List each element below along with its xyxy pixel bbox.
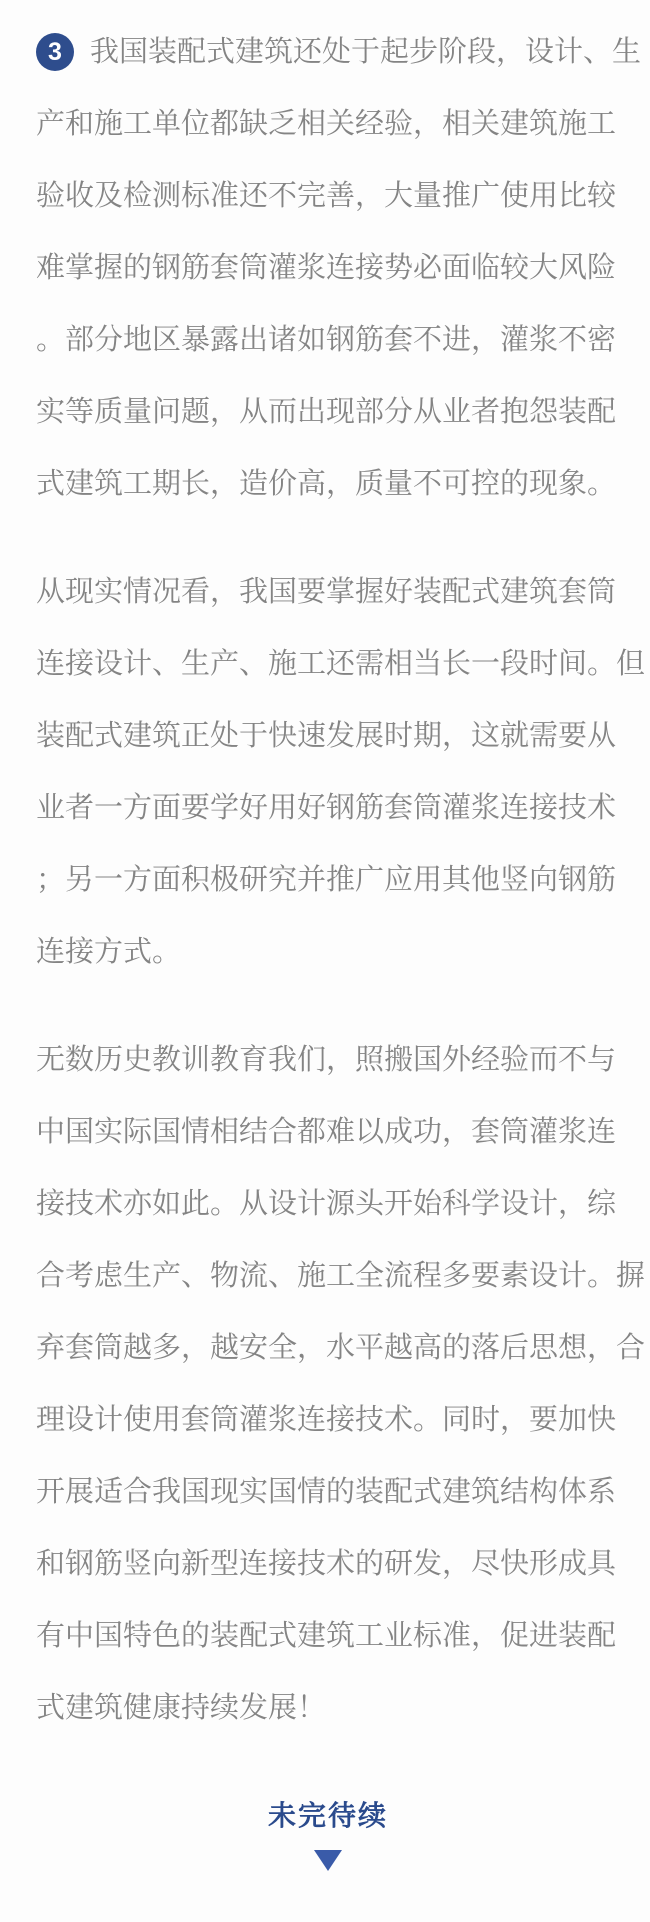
- paragraph-line: 式建筑工期长，造价高，质量不可控的现象。: [36, 448, 620, 520]
- paragraph-line: 实等质量问题，从而出现部分从业者抱怨装配: [36, 376, 620, 448]
- paragraph-line: 连接设计、生产、施工还需相当长一段时间。但: [36, 628, 620, 700]
- paragraph-line: 业者一方面要学好用好钢筋套筒灌浆连接技术: [36, 772, 620, 844]
- paragraph-line: 3 我国装配式建筑还处于起步阶段，设计、生: [36, 16, 620, 88]
- paragraph-3: 无数历史教训教育我们，照搬国外经验而不与 中国实际国情相结合都难以成功，套筒灌浆…: [36, 1024, 620, 1744]
- paragraph-line: 连接方式。: [36, 916, 620, 988]
- section-number-badge: 3: [36, 33, 74, 71]
- article-content: 3 我国装配式建筑还处于起步阶段，设计、生 产和施工单位都缺乏相关经验，相关建筑…: [0, 0, 650, 1871]
- paragraph-line: 有中国特色的装配式建筑工业标准，促进装配: [36, 1600, 620, 1672]
- paragraph-2: 从现实情况看，我国要掌握好装配式建筑套筒 连接设计、生产、施工还需相当长一段时间…: [36, 556, 620, 988]
- paragraph-line: 验收及检测标准还不完善，大量推广使用比较: [36, 160, 620, 232]
- paragraph-line: 和钢筋竖向新型连接技术的研发，尽快形成具: [36, 1528, 620, 1600]
- paragraph-line-text: 我国装配式建筑还处于起步阶段，设计、生: [90, 16, 641, 88]
- paragraph-line: 装配式建筑正处于快速发展时期，这就需要从: [36, 700, 620, 772]
- paragraph-line: 产和施工单位都缺乏相关经验，相关建筑施工: [36, 88, 620, 160]
- paragraph-line: 中国实际国情相结合都难以成功，套筒灌浆连: [36, 1096, 620, 1168]
- paragraph-line: 合考虑生产、物流、施工全流程多要素设计。摒: [36, 1240, 620, 1312]
- paragraph-line: 开展适合我国现实国情的装配式建筑结构体系: [36, 1456, 620, 1528]
- paragraph-line: 从现实情况看，我国要掌握好装配式建筑套筒: [36, 556, 620, 628]
- paragraph-line: 难掌握的钢筋套筒灌浆连接势必面临较大风险: [36, 232, 620, 304]
- paragraph-line: 式建筑健康持续发展！: [36, 1672, 620, 1744]
- footer: 未完待续: [36, 1794, 620, 1871]
- article-page: 3 我国装配式建筑还处于起步阶段，设计、生 产和施工单位都缺乏相关经验，相关建筑…: [0, 0, 650, 1922]
- paragraph-1: 3 我国装配式建筑还处于起步阶段，设计、生 产和施工单位都缺乏相关经验，相关建筑…: [36, 16, 620, 520]
- triangle-down-icon: [314, 1850, 342, 1871]
- paragraph-line: 理设计使用套筒灌浆连接技术。同时，要加快: [36, 1384, 620, 1456]
- paragraph-line: 接技术亦如此。从设计源头开始科学设计，综: [36, 1168, 620, 1240]
- to-be-continued-label: 未完待续: [36, 1794, 620, 1838]
- paragraph-line: ；另一方面积极研究并推广应用其他竖向钢筋: [36, 844, 620, 916]
- paragraph-line: 无数历史教训教育我们，照搬国外经验而不与: [36, 1024, 620, 1096]
- paragraph-line: 。部分地区暴露出诸如钢筋套不进，灌浆不密: [36, 304, 620, 376]
- paragraph-line: 弃套筒越多，越安全，水平越高的落后思想，合: [36, 1312, 620, 1384]
